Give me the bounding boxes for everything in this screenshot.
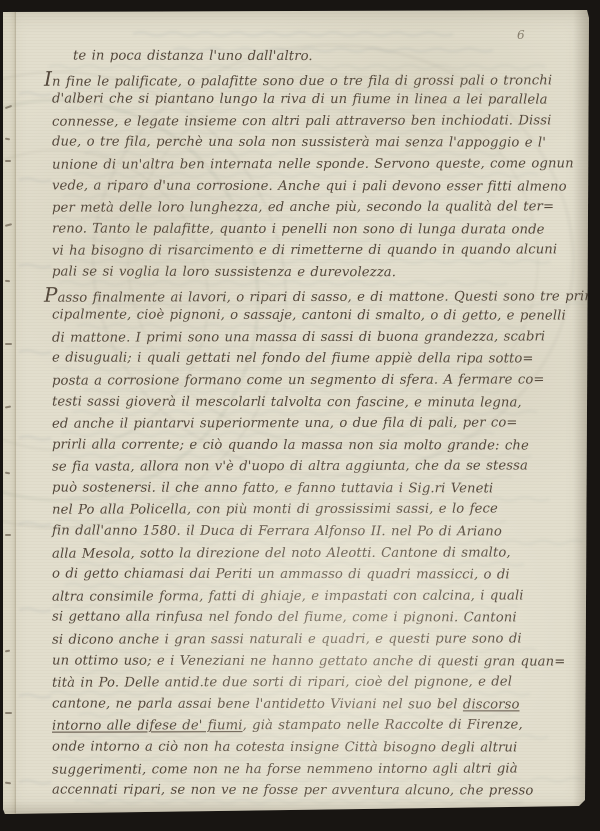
manuscript-line: cipalmente, cioè pignoni, o sassaje, can… [52, 305, 572, 328]
manuscript-line: si gettano alla rinfusa nel fondo del fi… [52, 607, 572, 630]
manuscript-line: accennati ripari, se non ve ne fosse per… [52, 780, 572, 803]
manuscript-line: posta a corrosione formano come un segme… [52, 369, 572, 392]
margin-ink-fragment [5, 343, 12, 345]
manuscript-line: per metà delle loro lunghezza, ed anche … [52, 196, 572, 219]
manuscript-line: testi sassi gioverà il mescolarli talvol… [52, 391, 572, 414]
margin-ink-fragment [5, 650, 10, 653]
manuscript-line: altra consimile forma, fatti di ghiaje, … [52, 585, 572, 608]
manuscript-line: ed anche il piantarvi superiormente una,… [52, 412, 572, 435]
margin-ink-fragment [5, 280, 10, 282]
manuscript-line: o di getto chiamasi dai Periti un ammass… [52, 564, 572, 587]
manuscript-text: te in poca distanza l'uno dall'altro.In … [52, 46, 572, 802]
adjacent-page-edge [3, 10, 16, 815]
manuscript-line: suggerimenti, come non ne ha forse nemme… [52, 758, 572, 781]
margin-ink-fragment [5, 782, 11, 785]
margin-ink-fragment [5, 223, 12, 227]
manuscript-line: si dicono anche i gran sassi naturali e … [52, 628, 572, 651]
manuscript-line: d'alberi che si piantano lungo la riva d… [52, 89, 572, 112]
manuscript-line: prirli alla corrente; e ciò quando la ma… [52, 434, 572, 457]
manuscript-line: nel Po alla Policella, con più monti di … [52, 499, 572, 522]
folio-number: 6 [517, 28, 525, 42]
manuscript-line: alla Mesola, sotto la direzione del noto… [52, 542, 572, 565]
manuscript-line: intorno alle difese de' fiumi, già stamp… [52, 715, 572, 738]
manuscript-line: di mattone. I primi sono una massa di sa… [52, 326, 572, 349]
manuscript-line: vede, a riparo d'una corrosione. Anche q… [52, 175, 572, 198]
manuscript-line: unione di un'altra ben internata nelle s… [52, 153, 572, 176]
manuscript-line: onde intorno a ciò non ha cotesta insign… [52, 736, 572, 759]
manuscript-page: 6 te in poca distanza l'uno dall'altro.I… [3, 10, 589, 815]
manuscript-line: connesse, e legate insieme con altri pal… [52, 110, 572, 133]
manuscript-line: In fine le palificate, o palafitte sono … [44, 67, 572, 90]
margin-ink-fragment [5, 712, 12, 714]
margin-ink-fragment [5, 105, 12, 109]
manuscript-line: un ottimo uso; e i Veneziani ne hanno ge… [52, 650, 572, 673]
manuscript-line: cantone, ne parla assai bene l'antidetto… [52, 693, 572, 716]
manuscript-line: reno. Tanto le palafitte, quanto i penel… [52, 218, 572, 241]
margin-ink-fragment [5, 534, 11, 536]
manuscript-line: e disuguali; i quali gettati nel fondo d… [52, 348, 572, 371]
manuscript-line: vi ha bisogno di risarcimento e di rimet… [52, 240, 572, 263]
manuscript-line: se fia vasta, allora non v'è d'uopo di a… [52, 456, 572, 479]
manuscript-line: te in poca distanza l'uno dall'altro. [52, 45, 572, 68]
manuscript-line: fin dall'anno 1580. il Duca di Ferrara A… [52, 521, 572, 544]
photo-backdrop: 6 te in poca distanza l'uno dall'altro.I… [0, 0, 600, 831]
margin-ink-fragment [5, 472, 10, 475]
manuscript-line: tità in Po. Delle antid.te due sorti di … [52, 672, 572, 695]
margin-ink-fragment [5, 405, 11, 408]
manuscript-line: Passo finalmente ai lavori, o ripari di … [44, 283, 572, 306]
margin-ink-fragment [5, 160, 11, 162]
manuscript-line: due, o tre fila, perchè una sola non sus… [52, 132, 572, 155]
manuscript-line: pali se si voglia la loro sussistenza e … [52, 261, 572, 284]
margin-ink-fragment [5, 138, 10, 141]
manuscript-line: può sostenersi. il che anno fatto, e fan… [52, 477, 572, 500]
